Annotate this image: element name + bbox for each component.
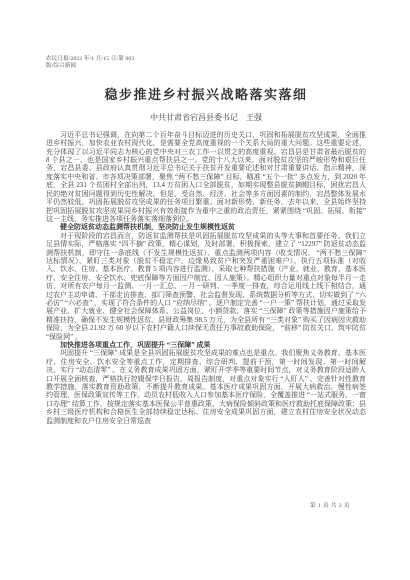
publication-header: 农民日报/2022 年/1 月/15 日/第 003 版/综合新闻 xyxy=(46,56,366,71)
publication-source-line: 农民日报/2022 年/1 月/15 日/第 003 xyxy=(46,56,366,63)
page-number-indicator: 第 1 页 共 2 页 xyxy=(310,501,350,509)
body-paragraph: 对于现阶段的宕昌而言，防返贫监测帮扶是巩固拓展脱贫攻坚成果的头等大事和首要任务。… xyxy=(46,232,366,341)
article-byline: 中共甘肃省宕昌县委书记 王强 xyxy=(46,112,366,123)
body-paragraph: 巩固提升 “三保障” 成果是全县巩固拓展脱贫攻坚成果的难点也是重点。我们聚焦义务… xyxy=(46,349,366,425)
section-heading: 健全防返贫动态监测帮扶机制，坚决防止发生规模性返贫 xyxy=(46,223,366,231)
document-content: 农民日报/2022 年/1 月/15 日/第 003 版/综合新闻 稳步推进乡村… xyxy=(46,56,366,425)
article-body: 习近平总书记强调，在向第二个百年奋斗目标迈进的历史关口，巩固和拓展脱贫攻坚成果，… xyxy=(46,131,366,425)
body-paragraph: 习近平总书记强调，在向第二个百年奋斗目标迈进的历史关口，巩固和拓展脱贫攻坚成果，… xyxy=(46,131,366,223)
document-page: 农民日报/2022 年/1 月/15 日/第 003 版/综合新闻 稳步推进乡村… xyxy=(0,0,410,580)
publication-section-line: 版/综合新闻 xyxy=(46,63,366,70)
article-title: 稳步推进乡村振兴战略落实落细 xyxy=(46,84,366,103)
